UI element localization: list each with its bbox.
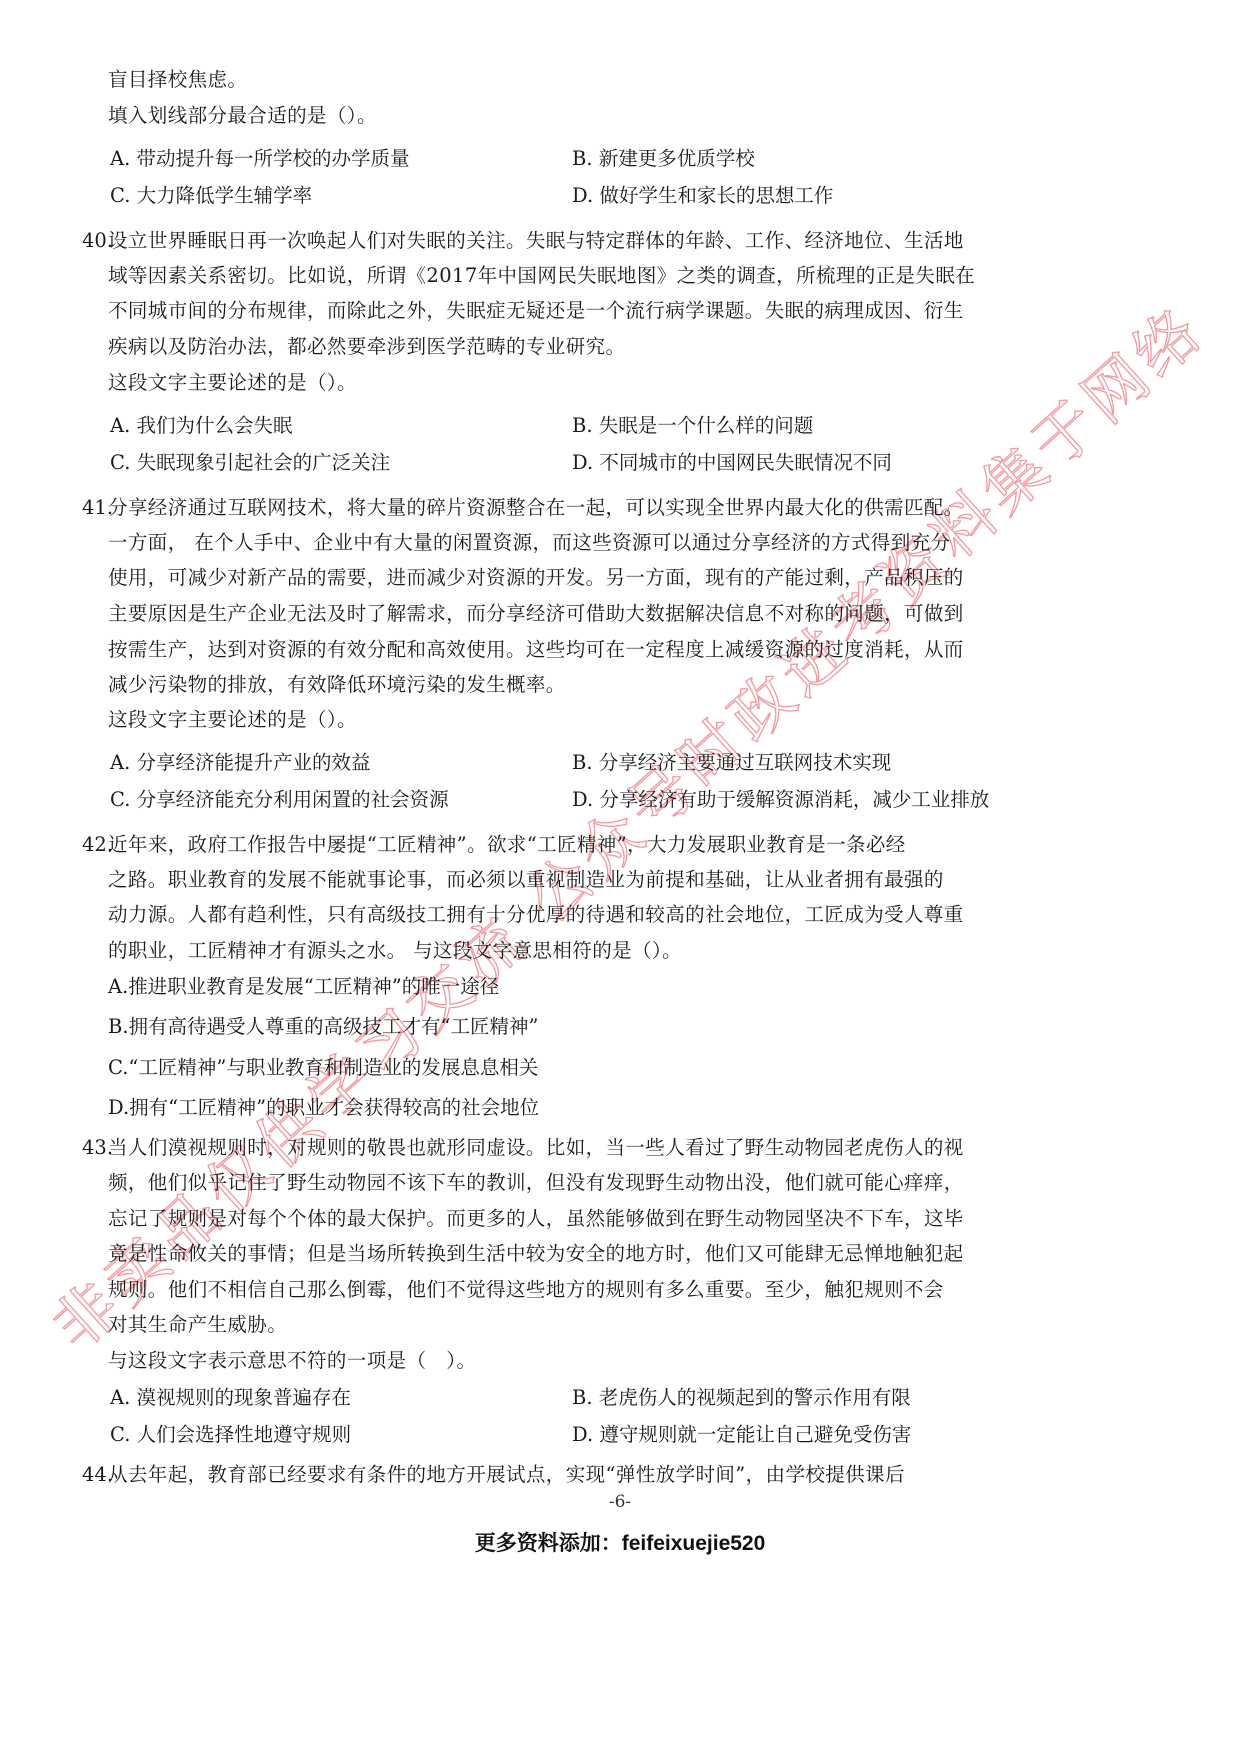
- continued-text: 盲目择校焦虑。: [108, 68, 247, 92]
- q41-text-line: 使用，可减少对新产品的需要，进而减少对资源的开发。另一方面，现有的产能过剩，产品…: [108, 566, 964, 590]
- q41-option-c[interactable]: C. 分享经济能充分利用闲置的社会资源: [110, 788, 449, 812]
- q43-prompt: 与这段文字表示意思不符的一项是（ ）。: [108, 1349, 476, 1373]
- q40-prompt: 这段文字主要论述的是（）。: [108, 371, 357, 395]
- watermark-text: 非卖品仅供学习交流 公众号时政进考资料集于网络: [30, 282, 1220, 1366]
- q44-text-line: 从去年起，教育部已经要求有条件的地方开展试点，实现“弹性放学时间”，由学校提供课…: [108, 1463, 905, 1487]
- q40-text-line: 设立世界睡眠日再一次唤起人们对失眠的关注。失眠与特定群体的年龄、工作、经济地位、…: [108, 229, 964, 253]
- q42-text-line: 近年来，政府工作报告中屡提“工匠精神”。欲求“工匠精神”，大力发展职业教育是一条…: [108, 833, 906, 857]
- q43-option-a[interactable]: A. 漠视规则的现象普遍存在: [110, 1386, 351, 1410]
- q40-option-b[interactable]: B. 失眠是一个什么样的问题: [572, 414, 813, 438]
- q43-option-b[interactable]: B. 老虎伤人的视频起到的警示作用有限: [572, 1386, 911, 1410]
- footer-contact: 更多资料添加：feifeixuejie520: [0, 1527, 1240, 1557]
- q40-text-line: 疾病以及防治办法，都必然要牵涉到医学范畴的专业研究。: [108, 335, 625, 359]
- q43-text-line: 规则。他们不相信自己那么倒霉，他们不觉得这些地方的规则有多么重要。至少，触犯规则…: [108, 1278, 944, 1302]
- page-number: -6-: [0, 1492, 1240, 1512]
- q41-text-line: 一方面， 在个人手中、企业中有大量的闲置资源，而这些资源可以通过分享经济的方式得…: [108, 531, 950, 555]
- q41-text-line: 分享经济通过互联网技术，将大量的碎片资源整合在一起，可以实现全世界内最大化的供需…: [108, 496, 964, 520]
- q41-option-b[interactable]: B. 分享经济主要通过互联网技术实现: [572, 751, 891, 775]
- q42-option-c[interactable]: C.“工匠精神”与职业教育和制造业的发展息息相关: [108, 1056, 538, 1080]
- q40-option-a[interactable]: A. 我们为什么会失眠: [110, 414, 292, 438]
- q42-option-a[interactable]: A.推进职业教育是发展“工匠精神”的唯一途径: [108, 975, 499, 999]
- q42-option-b[interactable]: B.拥有高待遇受人尊重的高级技工才有“工匠精神”: [108, 1015, 538, 1039]
- q39-prompt: 填入划线部分最合适的是（）。: [108, 104, 377, 128]
- q40-option-c[interactable]: C. 失眠现象引起社会的广泛关注: [110, 451, 390, 475]
- q43-text-line: 频，他们似乎记住了野生动物园不该下车的教训，但没有发现野生动物出没，他们就可能心…: [108, 1171, 964, 1195]
- q42-text-line: 之路。职业教育的发展不能就事论事，而必须以重视制造业为前提和基础，让从业者拥有最…: [108, 868, 944, 892]
- q41-option-a[interactable]: A. 分享经济能提升产业的效益: [110, 751, 370, 775]
- q43-text-line: 对其生命产生威胁。: [108, 1313, 287, 1337]
- q40-text-line: 域等因素关系密切。比如说，所谓《2017年中国网民失眠地图》之类的调查，所梳理的…: [108, 264, 975, 288]
- q43-text-line: 竟是性命攸关的事情；但是当场所转换到生活中较为安全的地方时，他们又可能肆无忌惮地…: [108, 1242, 964, 1266]
- q41-option-d[interactable]: D. 分享经济有助于缓解资源消耗，减少工业排放: [572, 788, 989, 812]
- q43-option-d[interactable]: D. 遵守规则就一定能让自己避免受伤害: [572, 1423, 911, 1447]
- q39-option-d[interactable]: D. 做好学生和家长的思想工作: [572, 184, 833, 208]
- q39-option-c[interactable]: C. 大力降低学生辅学率: [110, 184, 312, 208]
- q42-text-line: 的职业，工匠精神才有源头之水。 与这段文字意思相符的是（）。: [108, 939, 682, 963]
- q40-option-d[interactable]: D. 不同城市的中国网民失眠情况不同: [572, 451, 892, 475]
- q43-option-c[interactable]: C. 人们会选择性地遵守规则: [110, 1423, 351, 1447]
- q41-prompt: 这段文字主要论述的是（）。: [108, 708, 357, 732]
- q41-text-line: 按需生产，达到对资源的有效分配和高效使用。这些均可在一定程度上减缓资源的过度消耗…: [108, 638, 964, 662]
- q39-option-b[interactable]: B. 新建更多优质学校: [572, 147, 755, 171]
- q39-option-a[interactable]: A. 带动提升每一所学校的办学质量: [110, 147, 409, 171]
- q43-text-line: 当人们漠视规则时，对规则的敬畏也就形同虚设。比如，当一些人看过了野生动物园老虎伤…: [108, 1136, 964, 1160]
- q41-text-line: 减少污染物的排放，有效降低环境污染的发生概率。: [108, 673, 566, 697]
- q43-text-line: 忘记了规则是对每个个体的最大保护。而更多的人，虽然能够做到在野生动物园坚决不下车…: [108, 1207, 964, 1231]
- q42-text-line: 动力源。人都有趋利性，只有高级技工拥有十分优厚的待遇和较高的社会地位，工匠成为受…: [108, 903, 964, 927]
- q42-option-d[interactable]: D.拥有“工匠精神”的职业才会获得较高的社会地位: [108, 1096, 539, 1120]
- q41-text-line: 主要原因是生产企业无法及时了解需求，而分享经济可借助大数据解决信息不对称的问题，…: [108, 602, 964, 626]
- document-page: 非卖品仅供学习交流 公众号时政进考资料集于网络 盲目择校焦虑。 填入划线部分最合…: [0, 0, 1240, 1754]
- q40-text-line: 不同城市间的分布规律，而除此之外，失眠症无疑还是一个流行病学课题。失眠的病理成因…: [108, 299, 964, 323]
